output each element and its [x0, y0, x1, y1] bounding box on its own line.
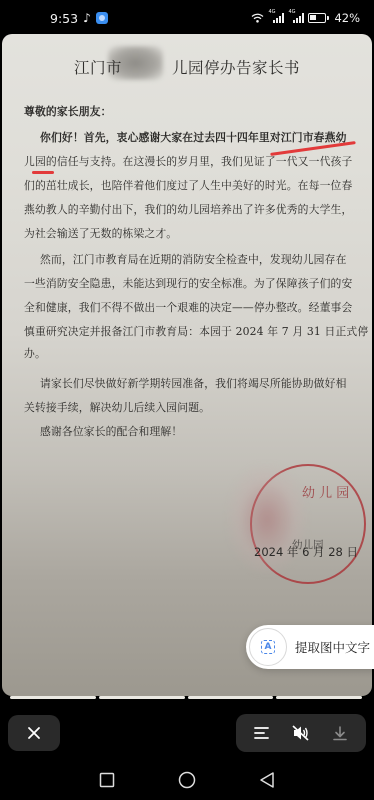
cell-signal-2-icon: 4G [288, 13, 304, 23]
cell-signal-1-icon: 4G [268, 13, 284, 23]
text-scan-icon: A [249, 628, 287, 666]
body-line: 儿园的信任与支持。在这漫长的岁月里，我们见证了一代又一代孩子 [24, 154, 352, 169]
wifi-icon [251, 13, 264, 23]
story-progress [10, 696, 362, 699]
body-line: 然而，江门市教育局在近期的消防安全检查中，发现幼儿园存在 [40, 252, 347, 267]
document-title: 江门市儿园停办告家长书 [2, 56, 372, 78]
body-line: 燕幼教人的辛勤付出下，我们的幼儿园培养出了许多优秀的大学生， [24, 202, 352, 217]
system-nav-bar [0, 760, 374, 800]
media-controls [236, 714, 366, 752]
body-line: 慎重研究决定并报备江门市教育局：本园于 2024 年 7 月 31 日正式停 [24, 324, 368, 339]
red-pen-underline [32, 171, 54, 174]
circle-home-icon [178, 771, 196, 789]
battery-percent: 42% [334, 11, 360, 25]
app-badge-icon [96, 12, 108, 24]
mute-button[interactable] [285, 718, 317, 748]
triangle-back-icon [259, 771, 275, 789]
body-line: 全和健康，我们不得不做出一个艰难的决定——停办整改。经董事会 [24, 300, 352, 315]
body-line: 为社会输送了无数的栋梁之才。 [24, 226, 177, 241]
body-line: 请家长们尽快做好新学期转园准备，我们将竭尽所能协助做好相 [40, 376, 347, 391]
home-button[interactable] [176, 769, 198, 791]
download-button[interactable] [324, 718, 356, 748]
extract-text-button[interactable]: A 提取图中文字 [246, 625, 374, 669]
download-icon [332, 725, 348, 741]
body-line: 一些消防安全隐患，未能达到现行的安全标准。为了保障孩子们的安 [24, 276, 352, 291]
progress-segment [188, 696, 274, 699]
notice-document: 江门市儿园停办告家长书 尊敬的家长朋友： 你们好！首先，衷心感谢大家在过去四十四… [2, 34, 372, 696]
progress-segment [276, 696, 362, 699]
square-recents-icon [99, 772, 115, 788]
recents-button[interactable] [96, 769, 118, 791]
seal-text: 幼 儿 园 [302, 482, 349, 501]
body-line: 办。 [24, 346, 46, 361]
menu-icon [254, 726, 270, 740]
status-bar: 9:53 ♪ 4G 4G 42% [0, 0, 374, 36]
tiktok-icon: ♪ [83, 11, 91, 25]
close-icon [27, 726, 41, 740]
progress-segment [99, 696, 185, 699]
photo-viewer[interactable]: 江门市儿园停办告家长书 尊敬的家长朋友： 你们好！首先，衷心感谢大家在过去四十四… [2, 34, 372, 696]
status-left: 9:53 ♪ [50, 11, 108, 26]
clock: 9:53 [50, 11, 78, 26]
mute-icon [292, 725, 310, 741]
status-right: 4G 4G 42% [251, 11, 360, 25]
salutation: 尊敬的家长朋友： [24, 104, 112, 119]
menu-button[interactable] [246, 718, 278, 748]
closing-line: 感谢各位家长的配合和理解！ [40, 424, 182, 439]
document-date: 2024 年 6 月 28 日 [254, 544, 358, 560]
body-line: 们的茁壮成长，也陪伴着他们度过了人生中美好的时光。在每一位春 [24, 178, 352, 193]
body-line: 你们好！首先，衷心感谢大家在过去四十四年里对江门市春燕幼 [40, 130, 347, 145]
close-button[interactable] [8, 715, 60, 751]
progress-segment [10, 696, 96, 699]
body-line: 关转接手续，解决幼儿后续入园问题。 [24, 400, 210, 415]
battery-icon [308, 13, 326, 23]
extract-text-label: 提取图中文字 [295, 638, 370, 656]
back-button[interactable] [256, 769, 278, 791]
